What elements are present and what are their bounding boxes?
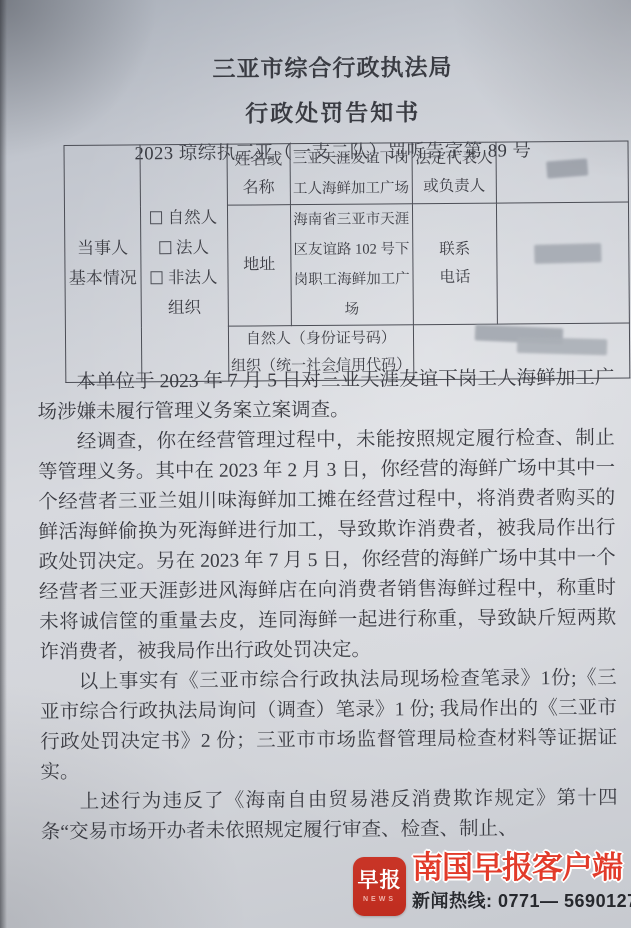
brand-title: 南国早报客户端 (412, 851, 631, 885)
row-header-line1: 当事人 (67, 233, 138, 264)
legal-rep-label-line1: 法定代表人 (414, 145, 494, 174)
document-type-title: 行政处罚告知书 (37, 93, 628, 131)
body-paragraph-investigation-findings: 经调查，你在经营管理过程中，未能按照规定履行检查、制止等管理义务。其中在 202… (38, 424, 617, 669)
checkbox-unincorporated-org: 非法人组织 (143, 263, 226, 324)
checkbox-natural-person: 自然人 (142, 203, 225, 234)
checkbox-label: 法人 (176, 238, 209, 257)
redaction-block-phone (534, 243, 601, 264)
address-label-cell: 地址 (227, 205, 291, 326)
party-type-checkbox-cell: 自然人 法人 非法人组织 (140, 144, 229, 382)
news-hotline: 新闻热线: 0771— 5690127 (412, 887, 631, 913)
name-label-line1: 姓名或 (229, 146, 287, 174)
legal-rep-label-cell: 法定代表人 或负责人 (412, 142, 497, 204)
body-paragraph-case-filing: 本单位于 2023 年 7 月 5 日对三亚天涯友谊下岗工人海鲜加工广场涉嫌未履… (37, 364, 614, 429)
redaction-block-legal-rep (546, 158, 588, 178)
issuing-authority-title: 三亚市综合行政执法局 (37, 48, 628, 86)
checkbox-square-icon (151, 271, 163, 284)
watermark-text-group: 南国早报客户端 新闻热线: 0771— 5690127 (412, 851, 631, 913)
name-label-line2: 名称 (230, 174, 288, 202)
checkbox-square-icon (159, 241, 171, 254)
checkbox-label: 非法人组织 (168, 268, 218, 317)
body-paragraph-evidence-list: 以上事实有《三亚市综合行政执法局现场检查笔录》1份;《三亚市综合行政执法局询问（… (40, 664, 618, 789)
id-label-line1: 自然人（身份证号码） (231, 325, 411, 353)
document-body: 本单位于 2023 年 7 月 5 日对三亚天涯友谊下岗工人海鲜加工广场涉嫌未履… (37, 364, 618, 849)
checkbox-legal-person: 法人 (143, 233, 226, 264)
badge-subtext: NEWS (363, 896, 396, 903)
row-header-line2: 基本情况 (67, 263, 138, 294)
name-label-cell: 姓名或 名称 (227, 144, 290, 205)
badge-text: 早报 (358, 870, 402, 892)
redaction-block-id-code-2 (517, 337, 607, 355)
phone-label-line1: 联系 (415, 236, 495, 265)
document-content: 三亚市综合行政执法局 行政处罚告知书 2023 琼综执三亚（一支二队）罚听告字第… (0, 0, 631, 928)
checkbox-label: 自然人 (167, 208, 217, 227)
phone-label-cell: 联系 电话 (412, 203, 497, 325)
phone-label-line2: 电话 (415, 264, 495, 293)
body-paragraph-violated-regulation: 上述行为违反了《海南自由贸易港反消费欺诈规定》第十四条“交易市场开办者未依照规定… (41, 784, 618, 849)
zaobao-news-badge-icon: 早报 NEWS (353, 857, 406, 916)
name-value-cell: 三亚天涯友谊下岗工人海鲜加工广场 (290, 143, 413, 205)
address-value-cell: 海南省三亚市天涯区友谊路 102 号下岗职工海鲜加工广场 (290, 204, 413, 326)
table-row-header: 当事人 基本情况 (64, 145, 141, 383)
legal-rep-label-line2: 或负责人 (414, 173, 494, 202)
checkbox-square-icon (150, 211, 162, 224)
news-client-watermark: 早报 NEWS 南国早报客户端 新闻热线: 0771— 5690127 (353, 851, 631, 916)
